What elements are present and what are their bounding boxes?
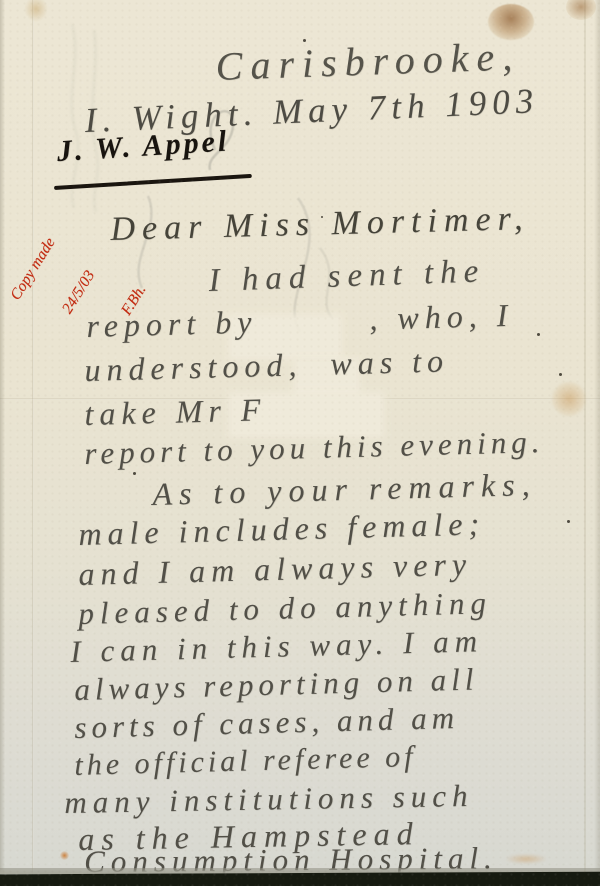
archival-name: J. W. Appel <box>56 125 230 167</box>
fold-line-vertical <box>32 0 34 886</box>
handwriting-line: understood, was to <box>84 344 449 387</box>
paper-edge-right <box>594 0 600 886</box>
copy-stamp-line: Copy made <box>7 227 63 303</box>
handwriting-line: I had sent the <box>208 254 486 298</box>
page-bottom-edge <box>0 872 600 886</box>
handwriting-line: and I am always very <box>78 548 472 592</box>
stain <box>60 851 69 860</box>
stain <box>552 382 586 416</box>
ink-speck <box>537 333 540 336</box>
letter-place: Carisbrooke, <box>215 35 521 88</box>
handwriting-line: report by , who, I <box>86 299 514 344</box>
letter-page: Carisbrooke, I. Wight. May 7th 1903 J. W… <box>0 0 600 886</box>
ink-speck <box>559 373 562 376</box>
paper-edge-left <box>0 0 5 886</box>
ink-speck <box>321 216 323 218</box>
handwriting-line: male includes female; <box>78 507 486 551</box>
stain <box>566 0 596 20</box>
ink-speck <box>303 39 306 42</box>
ink-speck <box>567 520 570 523</box>
ink-speck <box>133 472 136 475</box>
handwriting-line: report to you this evening. <box>84 426 545 471</box>
handwriting-line: take Mr F <box>84 393 267 431</box>
stain <box>24 0 48 22</box>
handwriting-line: many institutions such <box>64 780 474 820</box>
archival-name-underline <box>54 174 252 190</box>
handwriting-line: the official referee of <box>74 741 417 781</box>
stain <box>506 854 546 864</box>
fold-line-vertical-right <box>584 0 586 886</box>
salutation: Dear Miss Mortimer, <box>110 201 530 248</box>
handwriting-line: sorts of cases, and am <box>74 702 459 745</box>
